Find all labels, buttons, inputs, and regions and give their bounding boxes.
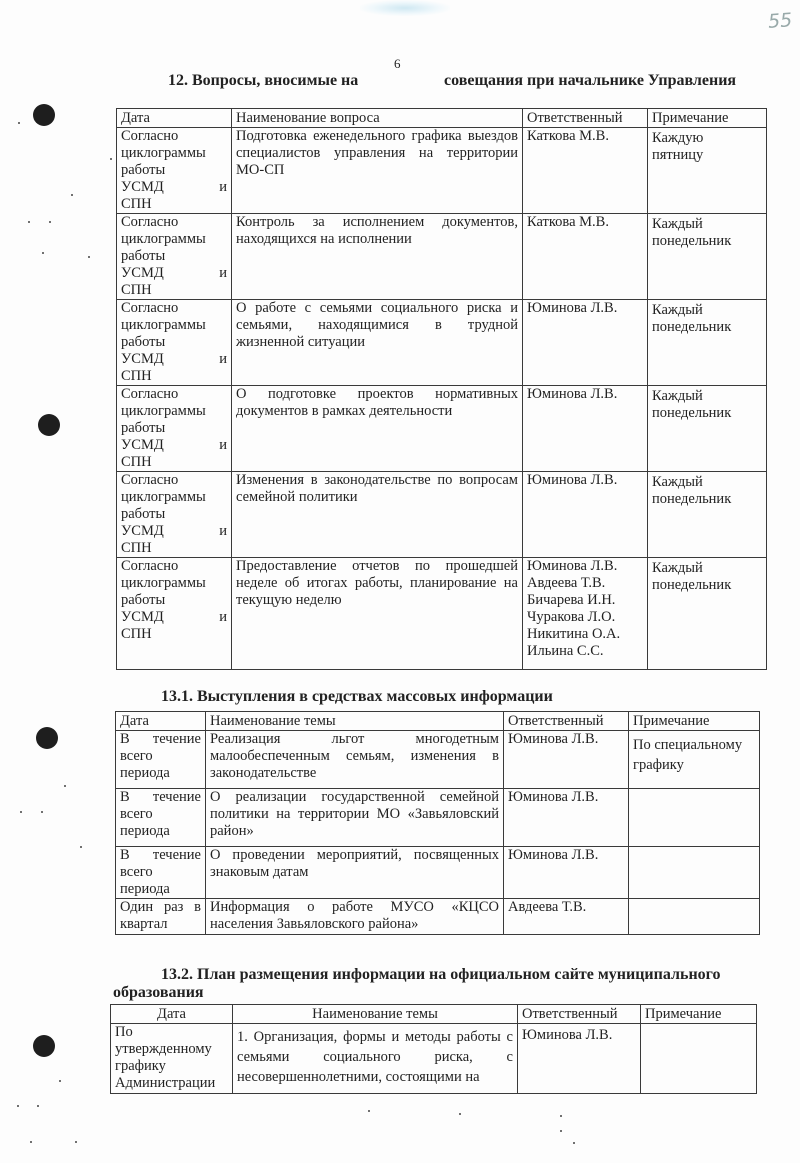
cell-responsible: Юминова Л.В.	[523, 300, 648, 386]
cell-date: СогласноциклограммыработыУСМДиСПН	[117, 214, 232, 300]
cell-note	[629, 899, 760, 935]
date-line: Согласно	[121, 386, 227, 403]
date-word: УСМД	[121, 609, 164, 626]
scan-speck	[110, 158, 112, 160]
cell-note	[629, 789, 760, 847]
table-row: Один раз в кварталИнформация о работе МУ…	[116, 899, 760, 935]
header-responsible: Ответственный	[523, 109, 648, 128]
cell-note: Каждыйпонедельник	[648, 386, 767, 472]
header-date: Дата	[117, 109, 232, 128]
section13-1-title: 13.1. Выступления в средствах массовых и…	[161, 688, 553, 706]
header-responsible: Ответственный	[518, 1005, 641, 1024]
date-line: УСМДи	[121, 523, 227, 540]
scan-speck	[88, 256, 90, 258]
scan-speck	[49, 221, 51, 223]
note-line: понедельник	[652, 319, 762, 336]
header-date: Дата	[116, 712, 206, 731]
date-line: УСМДи	[121, 179, 227, 196]
date-word: и	[219, 609, 227, 626]
note-line: понедельник	[652, 491, 762, 508]
note-line: понедельник	[652, 577, 762, 594]
cell-responsible: Юминова Л.В.	[504, 731, 629, 789]
cell-responsible: Юминова Л.В.	[518, 1024, 641, 1094]
punch-hole	[33, 1035, 55, 1057]
scan-speck	[573, 1142, 575, 1144]
table-header-row: Дата Наименование темы Ответственный При…	[116, 712, 760, 731]
responsible-name: Авдеева Т.В.	[527, 575, 643, 592]
handwritten-page-number: 55	[767, 9, 793, 33]
cell-date: СогласноциклограммыработыУСМДиСПН	[117, 386, 232, 472]
responsible-name: Никитина О.А.	[527, 626, 643, 643]
date-line: УСМДи	[121, 609, 227, 626]
cell-topic: Контроль за исполнением документов, нахо…	[232, 214, 523, 300]
responsible-name: Юминова Л.В.	[527, 472, 643, 489]
cell-date: СогласноциклограммыработыУСМДиСПН	[117, 558, 232, 670]
cell-date: СогласноциклограммыработыУСМДиСПН	[117, 300, 232, 386]
cell-date: В течение всего периода	[116, 789, 206, 847]
date-line: СПН	[121, 540, 227, 557]
date-line: работы	[121, 248, 227, 265]
cell-topic: Реализация льгот многодетным малообеспеч…	[206, 731, 504, 789]
cell-responsible: Каткова М.В.	[523, 214, 648, 300]
scan-speck	[560, 1130, 562, 1132]
section12-title-left: 12. Вопросы, вносимые на	[168, 72, 358, 90]
date-line: циклограммы	[121, 145, 227, 162]
note-line: понедельник	[652, 233, 762, 250]
date-word: и	[219, 523, 227, 540]
note-line: Каждый	[652, 388, 762, 405]
cell-topic: О реализации государственной семейной по…	[206, 789, 504, 847]
cell-topic: 1. Организация, формы и методы работы с …	[233, 1024, 518, 1094]
table-header-row: Дата Наименование вопроса Ответственный …	[117, 109, 767, 128]
table-header-row: Дата Наименование темы Ответственный При…	[111, 1005, 757, 1024]
table-row: СогласноциклограммыработыУСМДиСПНКонтрол…	[117, 214, 767, 300]
scan-speck	[459, 1113, 461, 1115]
scan-speck	[75, 1141, 77, 1143]
cell-date: По утвержденному графику Администрации	[111, 1024, 233, 1094]
header-topic: Наименование вопроса	[232, 109, 523, 128]
date-line: СПН	[121, 282, 227, 299]
date-word: УСМД	[121, 265, 164, 282]
table-row: В течение всего периодаО проведении меро…	[116, 847, 760, 899]
note-line: пятницу	[652, 147, 762, 164]
date-line: УСМДи	[121, 351, 227, 368]
date-word: и	[219, 437, 227, 454]
page-number: 6	[394, 56, 401, 72]
cell-date: Один раз в квартал	[116, 899, 206, 935]
scan-speck	[71, 194, 73, 196]
cell-note: Каждыйпонедельник	[648, 472, 767, 558]
punch-hole	[33, 104, 55, 126]
cell-responsible: Каткова М.В.	[523, 128, 648, 214]
cell-topic: Изменения в законодательстве по вопросам…	[232, 472, 523, 558]
cell-date: СогласноциклограммыработыУСМДиСПН	[117, 128, 232, 214]
date-line: СПН	[121, 626, 227, 643]
scan-speck	[59, 1080, 61, 1082]
responsible-name: Каткова М.В.	[527, 128, 643, 145]
date-line: работы	[121, 420, 227, 437]
website-table: Дата Наименование темы Ответственный При…	[110, 1004, 757, 1094]
responsible-name: Бичарева И.Н.	[527, 592, 643, 609]
date-line: работы	[121, 162, 227, 179]
cell-date: В течение всего периода	[116, 731, 206, 789]
note-line: Каждый	[652, 560, 762, 577]
responsible-name: Чуракова Л.О.	[527, 609, 643, 626]
header-date: Дата	[111, 1005, 233, 1024]
table-row: СогласноциклограммыработыУСМДиСПНИзменен…	[117, 472, 767, 558]
date-line: Согласно	[121, 472, 227, 489]
cell-responsible: Юминова Л.В.	[523, 472, 648, 558]
note-line: понедельник	[652, 405, 762, 422]
scan-speck	[18, 122, 20, 124]
date-line: Согласно	[121, 214, 227, 231]
cell-topic: Предоставление отчетов по прошедшей неде…	[232, 558, 523, 670]
cell-topic: О проведении мероприятий, посвященных зн…	[206, 847, 504, 899]
responsible-name: Ильина С.С.	[527, 643, 643, 660]
header-note: Примечание	[641, 1005, 757, 1024]
responsible-name: Каткова М.В.	[527, 214, 643, 231]
scan-speck	[560, 1115, 562, 1117]
note-line: Каждую	[652, 130, 762, 147]
responsible-name: Юминова Л.В.	[527, 558, 643, 575]
date-word: УСМД	[121, 523, 164, 540]
cell-topic: О подготовке проектов нормативных докуме…	[232, 386, 523, 472]
responsible-name: Юминова Л.В.	[527, 386, 643, 403]
cell-responsible: Юминова Л.В.	[504, 789, 629, 847]
cell-topic: О работе с семьями социального риска и с…	[232, 300, 523, 386]
date-line: работы	[121, 506, 227, 523]
cell-note	[641, 1024, 757, 1094]
scan-speck	[368, 1110, 370, 1112]
table-row: По утвержденному графику Администрации1.…	[111, 1024, 757, 1094]
cell-note: Каждыйпонедельник	[648, 214, 767, 300]
header-topic: Наименование темы	[206, 712, 504, 731]
scan-speck	[17, 1105, 19, 1107]
date-line: работы	[121, 334, 227, 351]
date-line: УСМДи	[121, 437, 227, 454]
date-word: и	[219, 351, 227, 368]
scan-speck	[20, 811, 22, 813]
date-line: циклограммы	[121, 489, 227, 506]
date-line: СПН	[121, 454, 227, 471]
header-note: Примечание	[629, 712, 760, 731]
questions-table: Дата Наименование вопроса Ответственный …	[116, 108, 767, 670]
cell-responsible: Юминова Л.В.	[523, 386, 648, 472]
date-line: работы	[121, 592, 227, 609]
date-word: и	[219, 265, 227, 282]
scan-smudge	[360, 0, 450, 16]
cell-note	[629, 847, 760, 899]
table-row: СогласноциклограммыработыУСМДиСПНО подго…	[117, 386, 767, 472]
punch-hole	[36, 727, 58, 749]
cell-date: В течение всего периода	[116, 847, 206, 899]
header-topic: Наименование темы	[233, 1005, 518, 1024]
date-line: СПН	[121, 196, 227, 213]
table-row: В течение всего периодаО реализации госу…	[116, 789, 760, 847]
cell-note: Каждуюпятницу	[648, 128, 767, 214]
date-line: СПН	[121, 368, 227, 385]
cell-topic: Информация о работе МУСО «КЦСО населения…	[206, 899, 504, 935]
date-line: Согласно	[121, 128, 227, 145]
scan-speck	[37, 1105, 39, 1107]
cell-responsible: Юминова Л.В.Авдеева Т.В.Бичарева И.Н.Чур…	[523, 558, 648, 670]
scan-speck	[28, 221, 30, 223]
cell-date: СогласноциклограммыработыУСМДиСПН	[117, 472, 232, 558]
date-line: УСМДи	[121, 265, 227, 282]
date-line: циклограммы	[121, 231, 227, 248]
date-line: циклограммы	[121, 575, 227, 592]
responsible-name: Юминова Л.В.	[527, 300, 643, 317]
table-row: СогласноциклограммыработыУСМДиСПНО работ…	[117, 300, 767, 386]
scan-speck	[42, 252, 44, 254]
cell-note: По специальному графику	[629, 731, 760, 789]
date-line: циклограммы	[121, 403, 227, 420]
cell-responsible: Юминова Л.В.	[504, 847, 629, 899]
cell-note: Каждыйпонедельник	[648, 300, 767, 386]
note-line: Каждый	[652, 216, 762, 233]
date-line: циклограммы	[121, 317, 227, 334]
date-line: Согласно	[121, 558, 227, 575]
header-responsible: Ответственный	[504, 712, 629, 731]
cell-note: Каждыйпонедельник	[648, 558, 767, 670]
scan-speck	[64, 785, 66, 787]
scan-speck	[80, 846, 82, 848]
scan-speck	[41, 811, 43, 813]
date-line: Согласно	[121, 300, 227, 317]
table-row: СогласноциклограммыработыУСМДиСПНПредост…	[117, 558, 767, 670]
punch-hole	[38, 414, 60, 436]
media-table: Дата Наименование темы Ответственный При…	[115, 711, 760, 935]
section13-2-title-line1: 13.2. План размещения информации на офиц…	[161, 966, 721, 984]
cell-responsible: Авдеева Т.В.	[504, 899, 629, 935]
date-word: и	[219, 179, 227, 196]
date-word: УСМД	[121, 179, 164, 196]
cell-topic: Подготовка еженедельного графика выездов…	[232, 128, 523, 214]
note-line: Каждый	[652, 474, 762, 491]
header-note: Примечание	[648, 109, 767, 128]
scan-speck	[30, 1141, 32, 1143]
table-row: СогласноциклограммыработыУСМДиСПНПодгото…	[117, 128, 767, 214]
note-line: Каждый	[652, 302, 762, 319]
section12-title-right: совещания при начальнике Управления	[444, 72, 736, 90]
table-row: В течение всего периодаРеализация льгот …	[116, 731, 760, 789]
date-word: УСМД	[121, 437, 164, 454]
date-word: УСМД	[121, 351, 164, 368]
section13-2-title-line2: образования	[113, 984, 204, 1002]
